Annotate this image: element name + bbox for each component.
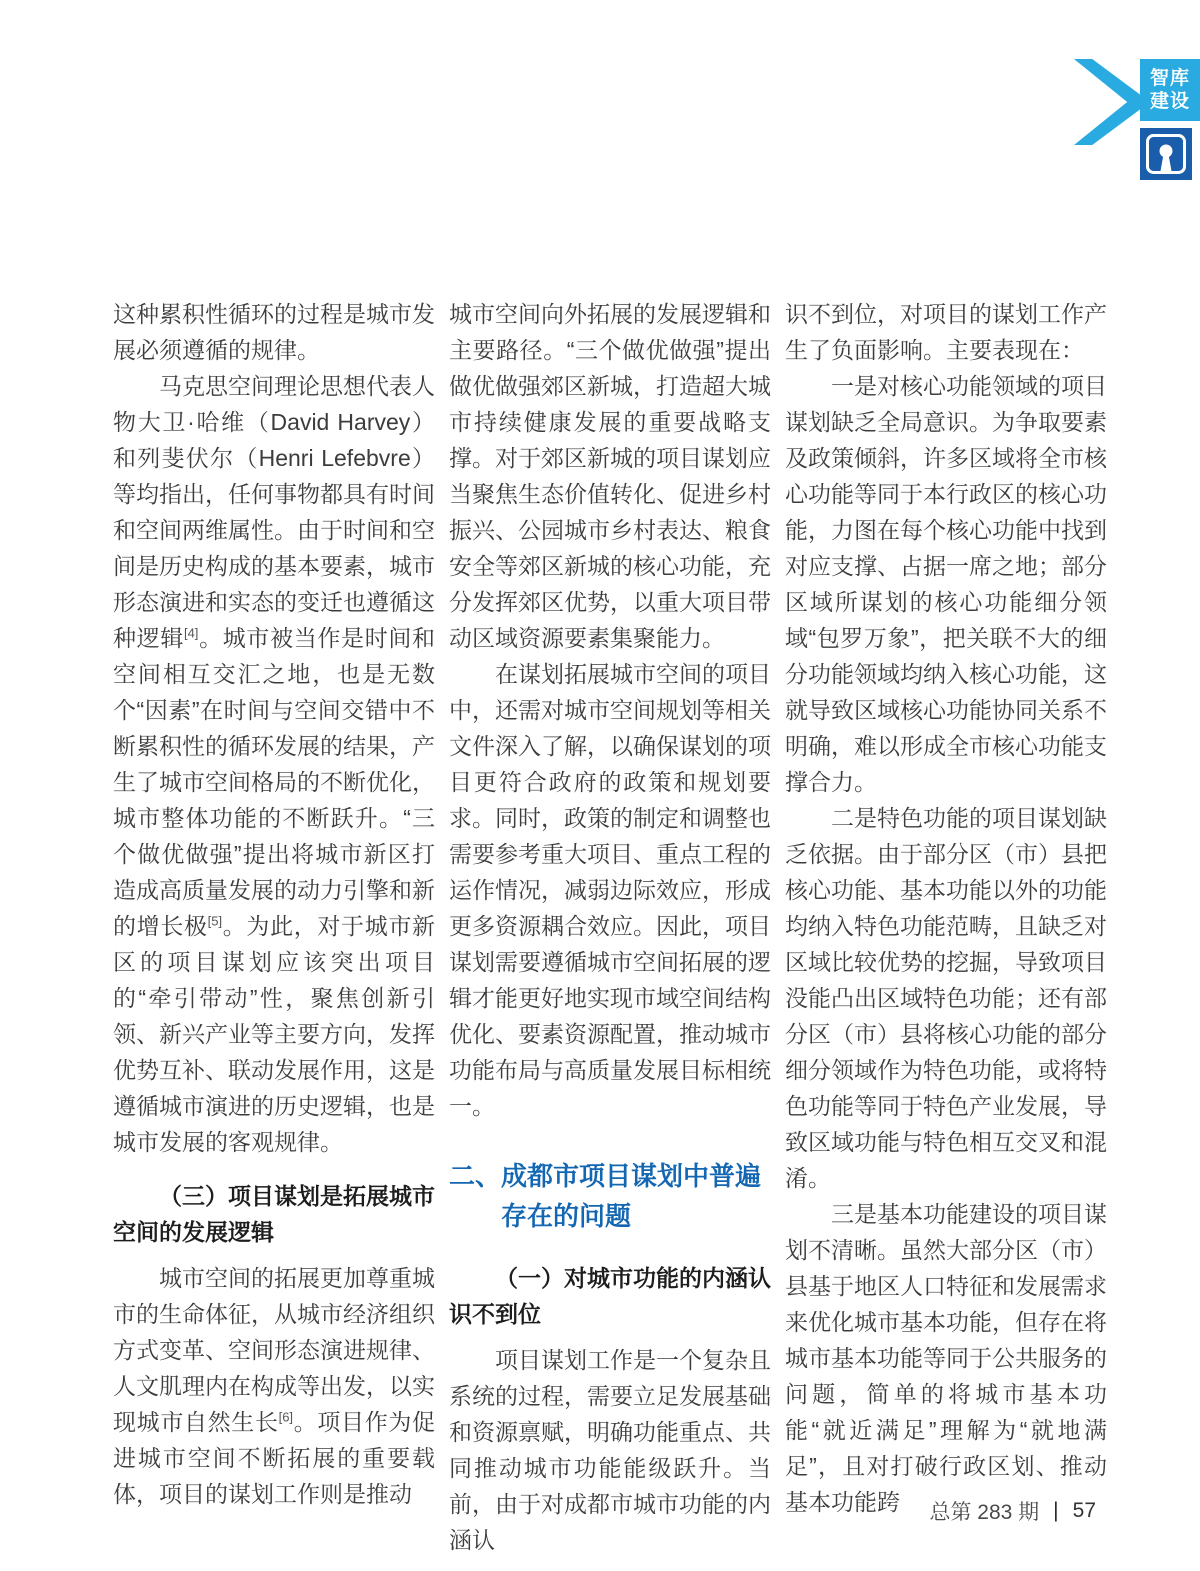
footer-separator: | [1053,1499,1058,1523]
chevron-right-icon [1074,59,1150,145]
paragraph: 在谋划拓展城市空间的项目中，还需对城市空间规划等相关文件深入了解，以确保谋划的项… [449,656,771,1124]
page-footer: 总第 283 期 | 57 [929,1496,1096,1526]
paragraph: 项目谋划工作是一个复杂且系统的过程，需要立足发展基础和资源禀赋，明确功能重点、共… [449,1342,771,1558]
banner-label: 智库 建设 [1140,59,1200,121]
footnote-ref-6: [6] [279,1409,293,1424]
footnote-ref-5: [5] [208,913,222,928]
magazine-page: 智库 建设 这种累积性循环的过程是城市发展必须遵循的规律。 马克思空间理论思想代… [0,0,1200,1571]
banner-label-line1: 智库 [1150,67,1190,90]
paragraph: 一是对核心功能领域的项目谋划缺乏全局意识。为争取要素及政策倾斜，许多区域将全市核… [785,368,1107,800]
paragraph: 识不到位，对项目的谋划工作产生了负面影响。主要表现在： [785,296,1107,368]
keyhole-icon [1140,128,1192,180]
paragraph: 这种累积性循环的过程是城市发展必须遵循的规律。 [113,296,435,368]
banner-label-line2: 建设 [1150,90,1190,113]
section-title: 成都市项目谋划中普遍存在的问题 [501,1156,771,1236]
article-columns: 这种累积性循环的过程是城市发展必须遵循的规律。 马克思空间理论思想代表人物大卫·… [113,296,1107,1558]
paragraph: 城市空间向外拓展的发展逻辑和主要路径。“三个做优做强”提出做优做强郊区新城，打造… [449,296,771,656]
section-number: 二、 [449,1156,501,1236]
issue-number: 总第 283 期 [929,1496,1039,1526]
paragraph: 二是特色功能的项目谋划缺乏依据。由于部分区（市）县把核心功能、基本功能以外的功能… [785,800,1107,1196]
paragraph: 马克思空间理论思想代表人物大卫·哈维（David Harvey）和列斐伏尔（He… [113,368,435,1160]
paragraph: 城市空间的拓展更加尊重城市的生命体征，从城市经济组织方式变革、空间形态演进规律、… [113,1260,435,1512]
column-1: 这种累积性循环的过程是城市发展必须遵循的规律。 马克思空间理论思想代表人物大卫·… [113,296,435,1558]
footnote-ref-4: [4] [184,625,198,640]
section-heading-2: 二、 成都市项目谋划中普遍存在的问题 [449,1156,771,1236]
subsection-heading-3: （三）项目谋划是拓展城市空间的发展逻辑 [113,1178,435,1250]
page-number: 57 [1073,1499,1096,1523]
column-2: 城市空间向外拓展的发展逻辑和主要路径。“三个做优做强”提出做优做强郊区新城，打造… [449,296,771,1558]
paragraph: 三是基本功能建设的项目谋划不清晰。虽然大部分区（市）县基于地区人口特征和发展需求… [785,1196,1107,1520]
subsection-heading-1: （一）对城市功能的内涵认识不到位 [449,1260,771,1332]
column-3: 识不到位，对项目的谋划工作产生了负面影响。主要表现在： 一是对核心功能领域的项目… [785,296,1107,1558]
